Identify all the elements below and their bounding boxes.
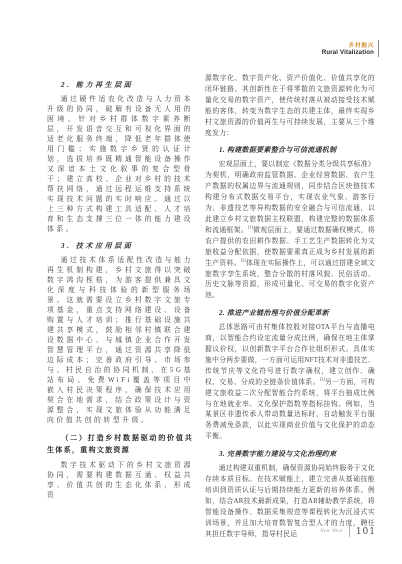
subsection-heading-capacity: 2. 能力再生层面 <box>47 80 193 90</box>
right-column: 源数字化、数字资产化、资产价值化、价值共享化的闭环链路。其创新性在于将零散的文旅… <box>205 74 375 541</box>
column-title: 乡村振兴 Rural Vitalization <box>322 41 378 57</box>
subsection-heading-technology: 3. 技术应用层面 <box>47 241 193 251</box>
paragraph-data-circulation: 宏观层面上，要以制定《数据分类分级共享标准》为契机，明确政府监管数据、企业经营数… <box>205 160 375 302</box>
paragraph-ecosystem-intro: 数字技术驱动下的乡村文旅资源协同，需要构建数据互通、权益共享、价值共创的生态化体… <box>47 461 193 501</box>
page-number: 101 <box>350 527 376 537</box>
page-header: 乡村振兴 Rural Vitalization <box>322 40 379 57</box>
subsection-heading-data-circulation: 1. 构建数据要素整合与可信流通机制 <box>205 145 375 155</box>
paragraph-technology: 通过技术体系适配性改造与能力再生机制构建，乡村文旅得以突破数字鸿沟桎梏，为游客提… <box>47 256 193 426</box>
paragraph-capacity: 通过硬件适农化改造与人力资本升级的协同，破解有设备无人用的困境。针对乡村群体数字… <box>47 95 193 235</box>
paragraph-segment: 另一方面，可构建文旅收益二次分配智能合约系统，将平台抽成比例与在地就业率、文化保… <box>205 379 375 441</box>
article-body: 2. 能力再生层面 通过硬件适农化改造与人力资本升级的协同，破解有设备无人用的困… <box>47 74 375 541</box>
column-title-chinese: 乡村振兴 <box>322 41 374 49</box>
paragraph-ecosystem-continued: 源数字化、数字资产化、资产价值化、价值共享化的闭环链路。其创新性在于将零散的文旅… <box>205 74 375 139</box>
subsection-heading-value-distribution: 2. 推进产业链治理与价值分配革新 <box>205 308 375 318</box>
paragraph-value-distribution: 总体思路可由村集体控股对接OTA平台与直播电商，以智能合约设定流量分成比例，确保… <box>205 323 375 443</box>
journal-page: 乡村振兴 Rural Vitalization 2. 能力再生层面 通过硬件适农… <box>0 0 402 564</box>
paragraph-segment: 总体思路可由村集体控股对接OTA平台与直播电商，以智能合约设定流量分成比例，确保… <box>205 324 375 386</box>
column-title-english: Rural Vitalization <box>322 50 374 56</box>
header-divider <box>378 40 379 57</box>
subsection-heading-governance: 3. 完善数字能力建设与文化治理约束 <box>205 449 375 459</box>
journal-name: New West <box>320 529 349 534</box>
paragraph-segment: 宏观层面上，要以制定《数据分类分级共享标准》为契机，明确政府监管数据、企业经营数… <box>205 161 375 233</box>
page-footer: New West 101 <box>320 526 376 537</box>
section-heading-data-driven: （二）打造乡村数据驱动的价值共生体系，重构文旅资源 <box>47 433 193 456</box>
left-column: 2. 能力再生层面 通过硬件适农化改造与人力资本升级的协同，破解有设备无人用的困… <box>47 74 193 541</box>
